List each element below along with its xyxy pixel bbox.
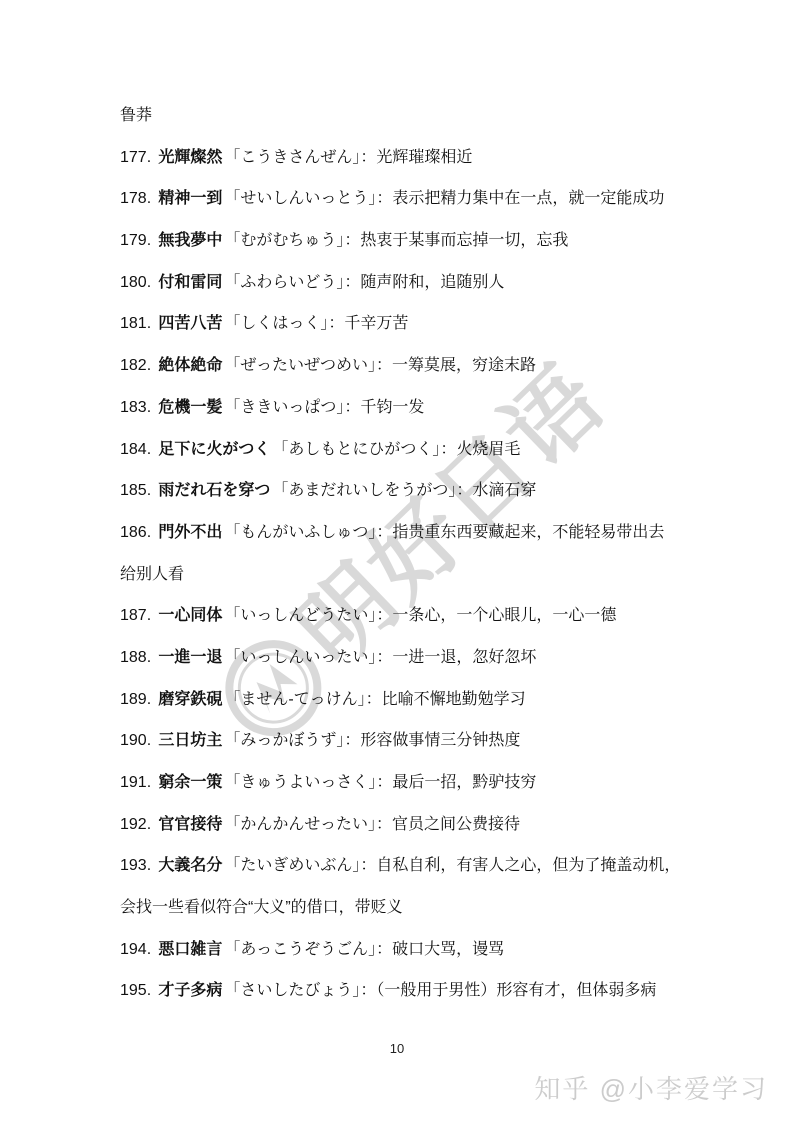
idiom-reading-and-definition: 「あまだれいしをうがつ」：水滴石穿 <box>272 482 536 499</box>
idiom-term: 足下に火がつく <box>158 441 270 458</box>
idiom-reading-and-definition: 「あしもとにひがつく」：火烧眉毛 <box>272 441 520 458</box>
item-number: 180. <box>120 274 151 291</box>
zhihu-credit-watermark: 知乎 @小李爱学习 <box>534 1069 768 1106</box>
idiom-reading-and-definition: 「もんがいふしゅつ」：指贵重东西要藏起来，不能轻易带出去 <box>224 524 664 541</box>
idiom-item-line: 189.磨穿鉄硯「ません-てっけん」：比喻不懈地勤勉学习 <box>120 679 680 721</box>
item-number: 186. <box>120 524 151 541</box>
idiom-term: 一心同体 <box>158 607 222 624</box>
idiom-item-line: 182.絶体絶命「ぜったいぜつめい」：一筹莫展，穷途末路 <box>120 345 680 387</box>
idiom-term: 精神一到 <box>158 190 222 207</box>
idiom-reading-and-definition: 「みっかぼうず」：形容做事情三分钟热度 <box>224 732 520 749</box>
item-number: 183. <box>120 399 151 416</box>
idiom-term: 三日坊主 <box>158 732 222 749</box>
item-number: 189. <box>120 691 151 708</box>
idiom-reading-and-definition: 「せいしんいっとう」：表示把精力集中在一点，就一定能成功 <box>224 190 664 207</box>
idiom-item-line: 187.一心同体「いっしんどうたい」：一条心，一个心眼儿，一心一德 <box>120 595 680 637</box>
idiom-reading-and-definition: 「むがむちゅう」：热衷于某事而忘掉一切，忘我 <box>224 232 568 249</box>
idiom-term: 才子多病 <box>158 982 222 999</box>
idiom-item-line: 193.大義名分「たいぎめいぶん」：自私自利，有害人之心，但为了掩盖动机， <box>120 845 680 887</box>
document-page: 明好日语 鲁莽 177.光輝燦然「こうきさんぜん」：光辉璀璨相近178.精神一到… <box>0 0 794 1123</box>
item-number: 177. <box>120 149 151 166</box>
idiom-item-line: 180.付和雷同「ふわらいどう」：随声附和，追随别人 <box>120 262 680 304</box>
idiom-item-line: 184.足下に火がつく「あしもとにひがつく」：火烧眉毛 <box>120 429 680 471</box>
idiom-item-line: 178.精神一到「せいしんいっとう」：表示把精力集中在一点，就一定能成功 <box>120 178 680 220</box>
idiom-term: 光輝燦然 <box>158 149 222 166</box>
item-number: 182. <box>120 357 151 374</box>
item-number: 195. <box>120 982 151 999</box>
item-number: 184. <box>120 441 151 458</box>
idiom-item-line: 183.危機一髪「ききいっぱつ」：千钧一发 <box>120 387 680 429</box>
idiom-term: 絶体絶命 <box>158 357 222 374</box>
idiom-term: 悪口雑言 <box>158 941 222 958</box>
item-number: 185. <box>120 482 151 499</box>
idiom-term: 一進一退 <box>158 649 222 666</box>
idiom-term: 付和雷同 <box>158 274 222 291</box>
idiom-term: 門外不出 <box>158 524 222 541</box>
idiom-term: 磨穿鉄硯 <box>158 691 222 708</box>
idiom-item-line: 181.四苦八苦「しくはっく」：千辛万苦 <box>120 303 680 345</box>
idiom-reading-and-definition: 「ぜったいぜつめい」：一筹莫展，穷途末路 <box>224 357 536 374</box>
idiom-item-line: 177.光輝燦然「こうきさんぜん」：光辉璀璨相近 <box>120 137 680 179</box>
item-number: 191. <box>120 774 151 791</box>
idiom-item-line: 186.門外不出「もんがいふしゅつ」：指贵重东西要藏起来，不能轻易带出去 <box>120 512 680 554</box>
idiom-term: 四苦八苦 <box>158 315 222 332</box>
idiom-reading-and-definition: 「いっしんいったい」：一进一退，忽好忽坏 <box>224 649 536 666</box>
idiom-item-line: 194.悪口雑言「あっこうぞうごん」：破口大骂，谩骂 <box>120 929 680 971</box>
idiom-item-line: 192.官官接待「かんかんせったい」：官员之间公费接待 <box>120 804 680 846</box>
idiom-term: 危機一髪 <box>158 399 222 416</box>
idiom-reading-and-definition: 「ふわらいどう」：随声附和，追随别人 <box>224 274 504 291</box>
idiom-reading-and-definition: 「あっこうぞうごん」：破口大骂，谩骂 <box>224 941 504 958</box>
idiom-item-line: 191.窮余一策「きゅうよいっさく」：最后一招，黔驴技穷 <box>120 762 680 804</box>
item-number: 188. <box>120 649 151 666</box>
item-number: 178. <box>120 190 151 207</box>
idiom-reading-and-definition: 「かんかんせったい」：官员之间公费接待 <box>224 816 520 833</box>
item-number: 187. <box>120 607 151 624</box>
idiom-reading-and-definition: 「ません-てっけん」：比喻不懈地勤勉学习 <box>224 691 525 708</box>
idiom-continuation-line: 给别人看 <box>120 554 680 596</box>
item-number: 192. <box>120 816 151 833</box>
idiom-item-line: 188.一進一退「いっしんいったい」：一进一退，忽好忽坏 <box>120 637 680 679</box>
idiom-list: 鲁莽 177.光輝燦然「こうきさんぜん」：光辉璀璨相近178.精神一到「せいしん… <box>120 95 680 1012</box>
idiom-reading-and-definition: 「しくはっく」：千辛万苦 <box>224 315 408 332</box>
idiom-term: 無我夢中 <box>158 232 222 249</box>
idiom-reading-and-definition: 「こうきさんぜん」：光辉璀璨相近 <box>224 149 472 166</box>
idiom-item-line: 195.才子多病「さいしたびょう」：（一般用于男性）形容有才，但体弱多病 <box>120 970 680 1012</box>
idiom-item-line: 179.無我夢中「むがむちゅう」：热衷于某事而忘掉一切，忘我 <box>120 220 680 262</box>
item-number: 179. <box>120 232 151 249</box>
idiom-reading-and-definition: 「ききいっぱつ」：千钧一发 <box>224 399 424 416</box>
idiom-item-line: 185.雨だれ石を穿つ「あまだれいしをうがつ」：水滴石穿 <box>120 470 680 512</box>
carryover-line: 鲁莽 <box>120 95 680 137</box>
item-number: 190. <box>120 732 151 749</box>
idiom-reading-and-definition: 「いっしんどうたい」：一条心，一个心眼儿，一心一德 <box>224 607 616 624</box>
idiom-term: 官官接待 <box>158 816 222 833</box>
idiom-reading-and-definition: 「きゅうよいっさく」：最后一招，黔驴技穷 <box>224 774 536 791</box>
idiom-reading-and-definition: 「たいぎめいぶん」：自私自利，有害人之心，但为了掩盖动机， <box>224 857 680 874</box>
idiom-item-line: 190.三日坊主「みっかぼうず」：形容做事情三分钟热度 <box>120 720 680 762</box>
item-number: 194. <box>120 941 151 958</box>
page-number: 10 <box>0 1041 794 1056</box>
idiom-term: 窮余一策 <box>158 774 222 791</box>
item-number: 193. <box>120 857 151 874</box>
item-number: 181. <box>120 315 151 332</box>
idiom-continuation-line: 会找一些看似符合“大义”的借口，带贬义 <box>120 887 680 929</box>
idiom-reading-and-definition: 「さいしたびょう」：（一般用于男性）形容有才，但体弱多病 <box>224 982 656 999</box>
idiom-term: 大義名分 <box>158 857 222 874</box>
idiom-term: 雨だれ石を穿つ <box>158 482 270 499</box>
